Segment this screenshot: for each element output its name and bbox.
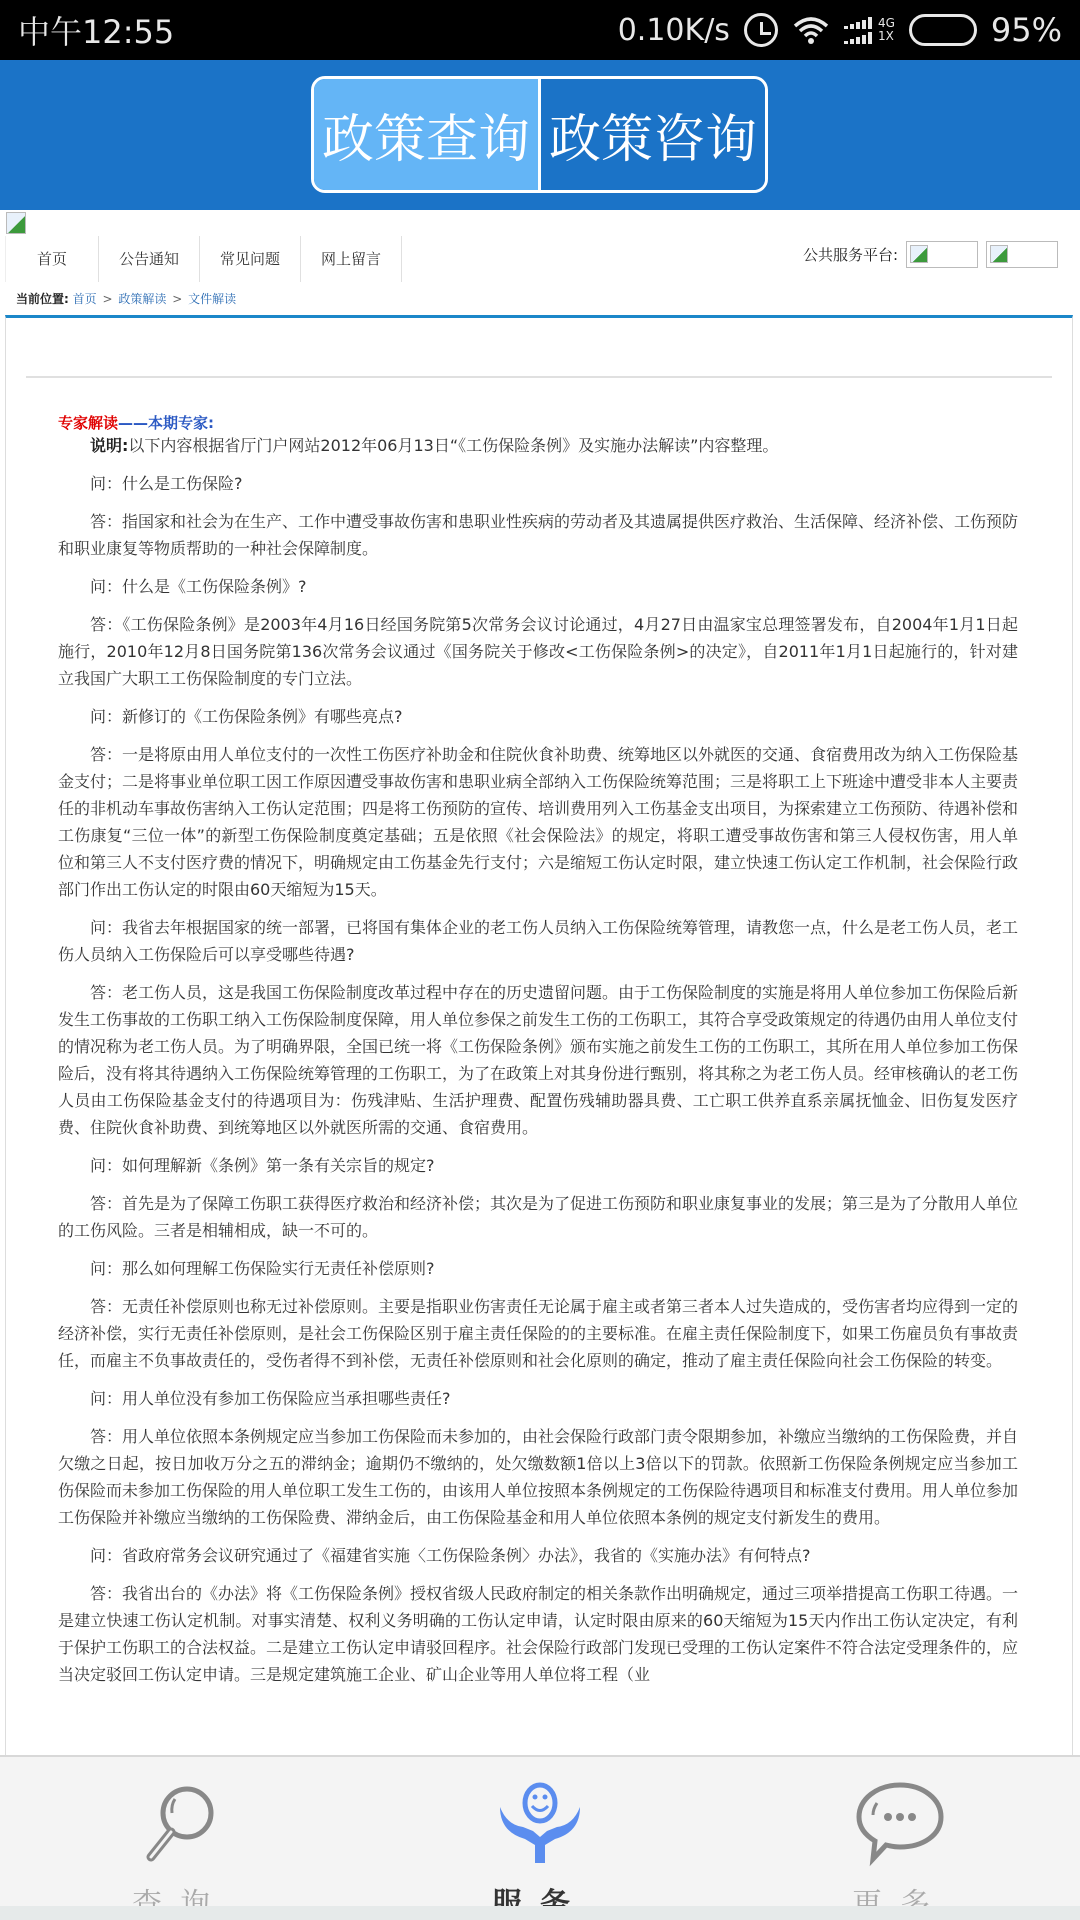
tab-more[interactable]: 更多 bbox=[720, 1757, 1080, 1920]
answer: 答：首先是为了保障工伤职工获得医疗救治和经济补偿；其次是为了促进工伤预防和职业康… bbox=[58, 1190, 1018, 1244]
platform-link-image-1[interactable] bbox=[906, 241, 978, 268]
signal-icon bbox=[844, 17, 872, 44]
status-time: 中午12:55 bbox=[18, 7, 618, 53]
platform-link-image-2[interactable] bbox=[986, 241, 1058, 268]
tab-policy-query[interactable]: 政策查询 bbox=[314, 79, 541, 190]
tab-service[interactable]: 服务 bbox=[360, 1757, 720, 1920]
article-note: 说明:以下内容根据省厅门户网站2012年06月13日“《工伤保险条例》及实施办法… bbox=[58, 432, 1018, 459]
battery-icon bbox=[909, 14, 977, 46]
breadcrumb: 当前位置: 首页 > 政策解读 > 文件解读 bbox=[16, 290, 236, 307]
status-icons: 0.10K/s 4G 1X 95% bbox=[618, 11, 1062, 49]
nav-faq[interactable]: 常见问题 bbox=[200, 236, 301, 282]
platform-label: 公共服务平台: bbox=[803, 244, 898, 265]
question: 问：新修订的《工伤保险条例》有哪些亮点? bbox=[58, 703, 1018, 730]
site-nav: 首页 公告通知 常见问题 网上留言 bbox=[5, 236, 402, 282]
nav-home[interactable]: 首页 bbox=[5, 236, 99, 282]
question: 问：我省去年根据国家的统一部署，已将国有集体企业的老工伤人员纳入工伤保险统筹管理… bbox=[58, 914, 1018, 968]
breadcrumb-label: 当前位置: bbox=[16, 292, 69, 306]
answer: 答：无责任补偿原则也称无过补偿原则。主要是指职业伤害责任无论属于雇主或者第三者本… bbox=[58, 1293, 1018, 1374]
broken-image-icon bbox=[6, 212, 26, 234]
divider bbox=[26, 376, 1052, 378]
webview[interactable]: 首页 公告通知 常见问题 网上留言 公共服务平台: 当前位置: 首页 > 政策解… bbox=[0, 210, 1080, 1755]
answer: 答：指国家和社会为在生产、工作中遭受事故伤害和患职业性疾病的劳动者及其遗属提供医… bbox=[58, 508, 1018, 562]
tab-query[interactable]: 查询 bbox=[0, 1757, 360, 1920]
status-bar: 中午12:55 0.10K/s 4G 1X 95% bbox=[0, 0, 1080, 60]
chat-bubble-icon bbox=[855, 1777, 945, 1871]
question: 问：如何理解新《条例》第一条有关宗旨的规定? bbox=[58, 1152, 1018, 1179]
breadcrumb-document-interpretation[interactable]: 文件解读 bbox=[188, 292, 236, 306]
answer: 答：我省出台的《办法》将《工伤保险条例》授权省级人民政府制定的相关条款作出明确规… bbox=[58, 1580, 1018, 1688]
answer: 答：《工伤保险条例》是2003年4月16日经国务院第5次常务会议讨论通过，4月2… bbox=[58, 611, 1018, 692]
breadcrumb-policy-interpretation[interactable]: 政策解读 bbox=[118, 292, 166, 306]
alarm-icon bbox=[744, 13, 778, 47]
answer: 答：老工伤人员，这是我国工伤保险制度改革过程中存在的历史遗留问题。由于工伤保险制… bbox=[58, 979, 1018, 1141]
tab-policy-consult[interactable]: 政策咨询 bbox=[541, 79, 765, 190]
question: 问：什么是工伤保险? bbox=[58, 470, 1018, 497]
tabbar-bottom-strip bbox=[0, 1906, 1080, 1920]
network-speed: 0.10K/s bbox=[618, 13, 730, 48]
answer: 答：用人单位依照本条例规定应当参加工伤保险而未参加的，由社会保险行政部门责令限期… bbox=[58, 1423, 1018, 1531]
search-icon bbox=[135, 1777, 225, 1871]
breadcrumb-home[interactable]: 首页 bbox=[73, 292, 97, 306]
app-header: 政策查询 政策咨询 bbox=[0, 60, 1080, 210]
segmented-control: 政策查询 政策咨询 bbox=[311, 76, 768, 193]
nav-notices[interactable]: 公告通知 bbox=[99, 236, 200, 282]
answer: 答：一是将原由用人单位支付的一次性工伤医疗补助金和住院伙食补助费、统筹地区以外就… bbox=[58, 741, 1018, 903]
battery-percent: 95% bbox=[991, 11, 1062, 49]
article-body: 说明:以下内容根据省厅门户网站2012年06月13日“《工伤保险条例》及实施办法… bbox=[58, 410, 1018, 1699]
question: 问：什么是《工伤保险条例》? bbox=[58, 573, 1018, 600]
network-type: 4G 1X bbox=[878, 17, 895, 43]
nav-message[interactable]: 网上留言 bbox=[301, 236, 402, 282]
service-hands-smile-icon bbox=[495, 1777, 585, 1871]
question: 问：用人单位没有参加工伤保险应当承担哪些责任? bbox=[58, 1385, 1018, 1412]
bottom-tab-bar: 查询 服务 更多 bbox=[0, 1755, 1080, 1920]
public-service-platform: 公共服务平台: bbox=[803, 241, 1058, 268]
question: 问：那么如何理解工伤保险实行无责任补偿原则? bbox=[58, 1255, 1018, 1282]
question: 问：省政府常务会议研究通过了《福建省实施〈工伤保险条例〉办法》，我省的《实施办法… bbox=[58, 1542, 1018, 1569]
wifi-icon bbox=[792, 15, 830, 45]
